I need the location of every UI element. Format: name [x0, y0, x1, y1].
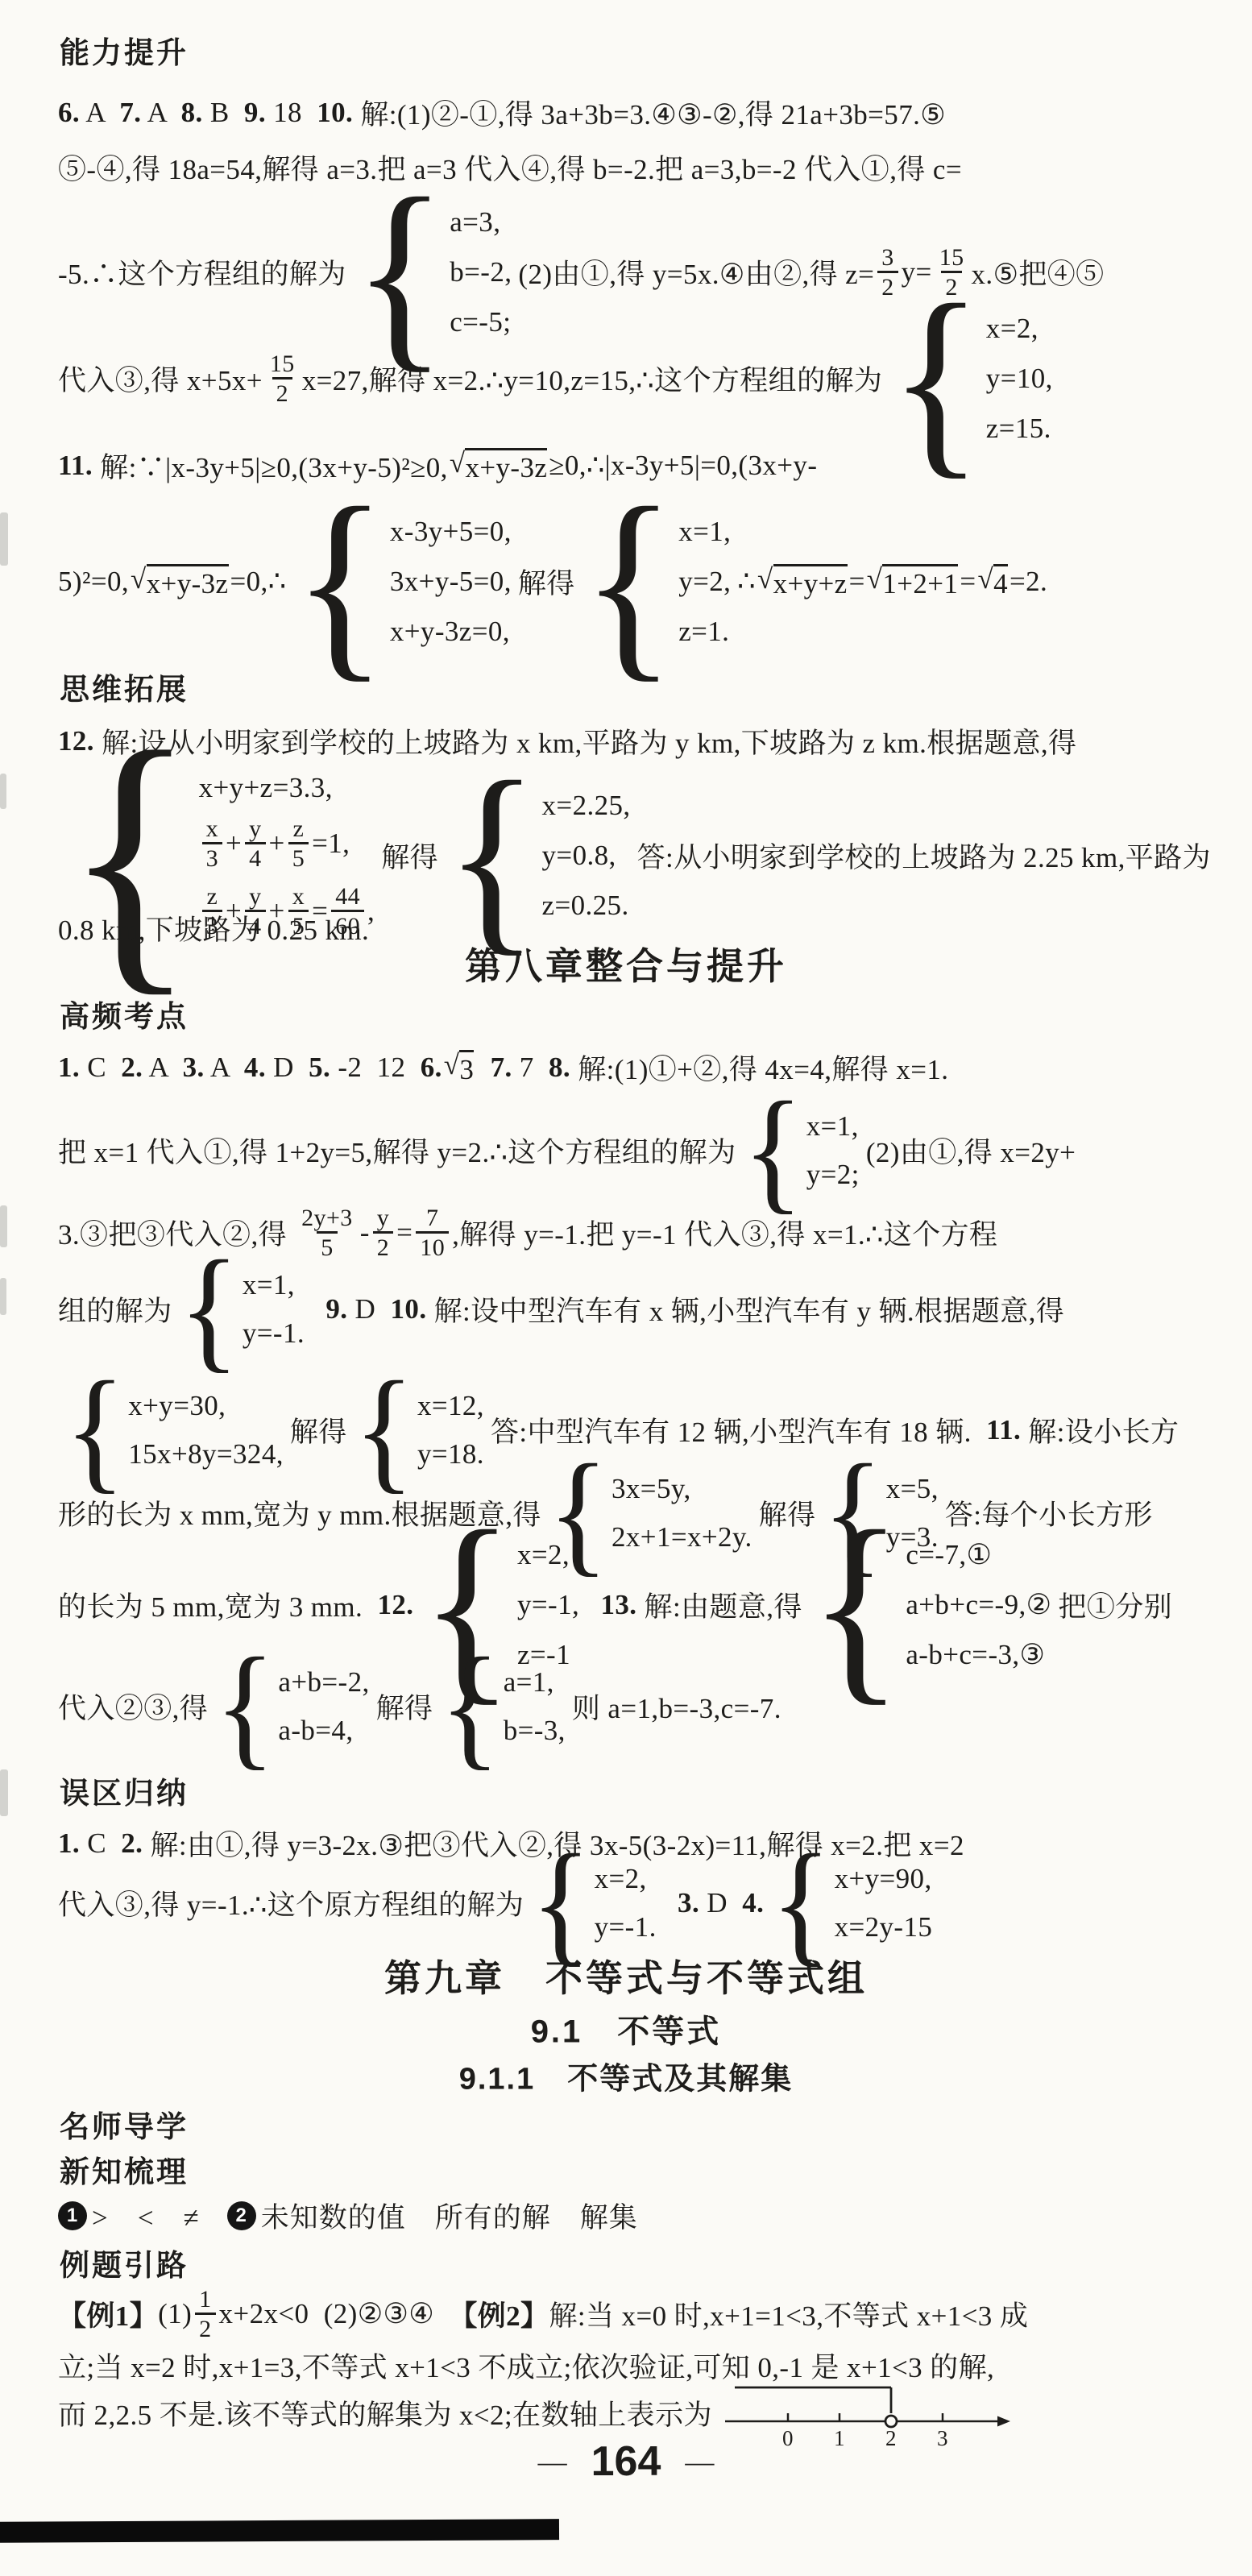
sqrt-radicand: 4: [993, 564, 1008, 600]
equation-system: { x=1, y=2;: [742, 1087, 859, 1214]
section-heading-new-knowledge: 新知梳理: [60, 2147, 189, 2191]
equation-system: { x=1, y=2, z=1.: [582, 483, 732, 680]
equation-system: { a=1, b=-3,: [439, 1643, 565, 1770]
system-row: a=3,: [450, 197, 500, 247]
equation-system: { x=2, y=-1.: [530, 1840, 656, 1967]
radical-sign: √: [757, 565, 773, 593]
equation-system: { x=2.25, y=0.8, z=0.25.: [445, 757, 631, 954]
problem-number: 4.: [244, 1052, 266, 1084]
system-row: x=1,: [806, 1102, 859, 1151]
equation-system: { x+y=90, x=2y-15: [770, 1840, 932, 1967]
problem-number: 11.: [986, 1414, 1021, 1446]
solution-line: 组的解为 { x=1, y=-1. 9. D 10. 解:设中型汽车有 x 辆,…: [58, 1246, 1064, 1373]
text-segment: B: [203, 97, 244, 129]
text-segment: -2 12: [330, 1052, 421, 1084]
fraction: 12: [195, 2286, 215, 2342]
problem-number: 6.: [58, 97, 80, 129]
problem-number: 6.: [421, 1052, 442, 1084]
problem-number: 9.: [325, 1293, 347, 1325]
radical-sign: √: [444, 1051, 460, 1079]
denominator: 5: [288, 842, 309, 872]
denominator: 2: [272, 377, 292, 407]
text-segment: 解得: [376, 1686, 433, 1727]
text-segment: 7: [512, 1052, 549, 1084]
brace: {: [809, 1499, 904, 1711]
sqrt: √x+y-3z: [131, 564, 228, 600]
numerator: 1: [195, 2286, 215, 2313]
system-row: a-b=4,: [278, 1707, 353, 1755]
system-row: y=2;: [806, 1151, 860, 1199]
solution-line: 把 x=1 代入①,得 1+2y=5,解得 y=2.∴这个方程组的解为 { x=…: [58, 1087, 1076, 1214]
problem-number: 4.: [742, 1887, 764, 1919]
text-segment: 而 2,2.5 不是.该不等式的解集为 x<2;在数轴上表示为: [58, 2393, 712, 2433]
system-row: b=-3,: [504, 1707, 566, 1755]
text-segment: 答:从小明家到学校的上坡路为 2.25 km,平路为: [637, 836, 1211, 876]
section-heading-teacher-guide: 名师导学: [60, 2102, 189, 2146]
text-segment: 解:设中型汽车有 x 辆,小型汽车有 y 辆.根据题意,得: [426, 1289, 1064, 1329]
text-segment: 组的解为: [58, 1289, 172, 1329]
system-row: x+y=30,: [128, 1382, 226, 1430]
section-heading-hotspots: 高频考点: [60, 992, 189, 1035]
solution-line: 代入③,得 y=-1.∴这个原方程组的解为 { x=2, y=-1. 3. D …: [58, 1840, 939, 1967]
problem-number: 5.: [309, 1052, 330, 1084]
system-row: y=-1.: [243, 1309, 305, 1358]
text-segment: A: [141, 97, 180, 129]
system-row: y=2,: [678, 557, 731, 607]
problem-number: 13.: [600, 1589, 636, 1621]
problem-number: 3.: [678, 1887, 699, 1919]
text-segment: 把①分别: [1058, 1585, 1172, 1625]
equation-system: { x=2, y=10, z=15.: [889, 280, 1053, 477]
text-segment: 解:(1)②-①,得 3a+3b=3.④③-②,得 21a+3b=57.⑤: [353, 93, 946, 133]
sqrt-radicand: x+y+z: [773, 564, 848, 600]
text-segment: x+2x<0 (2)②③④: [219, 2298, 450, 2330]
text-segment: (2)由①,得 x=2y+: [866, 1130, 1076, 1171]
equation-system: { x=1, y=-1.: [179, 1246, 305, 1373]
text-segment: > < ≠: [92, 2196, 200, 2236]
problem-number: 11.: [58, 450, 93, 482]
problem-number: 9.: [244, 97, 266, 129]
numerator: 2y+3: [297, 1205, 357, 1231]
filled-circle-2-icon: 2: [227, 2201, 256, 2230]
bleed-mark: [0, 1205, 7, 1247]
system-row: x=2,: [595, 1855, 647, 1903]
solution-line: 11. 解:∵|x-3y+5|≥0,(3x+y-5)²≥0, √x+y-3z ≥…: [58, 446, 817, 486]
answers-line: 6. A 7. A 8. B 9. 18 10. 解:(1)②-①,得 3a+3…: [58, 93, 946, 133]
system-row: x+y+z=3.3,: [199, 772, 333, 804]
text-segment: =: [396, 1217, 412, 1249]
problem-number: 1.: [58, 1052, 80, 1084]
system-row: 3x=5y,: [611, 1465, 691, 1513]
solution-line: 代入②③,得 { a+b=-2, a-b=4, 解得 { a=1, b=-3, …: [58, 1643, 781, 1770]
section-9-1-1-title: 9.1.1 不等式及其解集: [0, 2054, 1252, 2098]
problem-number: 2.: [121, 1052, 143, 1084]
example-label: 【例1】: [58, 2294, 158, 2334]
system-row: x=1,: [243, 1261, 295, 1309]
text-segment: 的长为 5 mm,宽为 3 mm.: [58, 1585, 378, 1625]
section-9-1-title: 9.1 不等式: [0, 2006, 1252, 2052]
brace: {: [292, 475, 388, 688]
brace: {: [445, 749, 540, 962]
system-row: y=10,: [986, 354, 1053, 404]
radical-sign: √: [977, 565, 993, 593]
text-segment: ∴: [737, 566, 756, 598]
footer-dash: —: [538, 2445, 567, 2479]
system-row: a+b=-2,: [278, 1658, 369, 1707]
text-segment: 解:∵|x-3y+5|≥0,(3x+y-5)²≥0,: [93, 446, 448, 486]
text-segment: C: [80, 1052, 121, 1084]
brace: {: [439, 1638, 500, 1776]
scan-artifact-bar: [0, 2519, 559, 2543]
system-row: x+y=90,: [835, 1855, 932, 1903]
problem-number: 3.: [183, 1052, 205, 1084]
system-row: x=12,: [417, 1382, 484, 1430]
text-segment: A: [143, 1052, 182, 1084]
brace: {: [742, 1082, 803, 1220]
radical-sign: √: [450, 449, 466, 477]
axis-arrow-icon: [997, 2416, 1010, 2427]
text-segment: 5)²=0,: [58, 566, 129, 598]
text-segment: [586, 1589, 600, 1621]
fraction: x3: [202, 815, 222, 872]
filled-circle-1-icon: 1: [58, 2201, 87, 2230]
system-row: z=0.25.: [542, 881, 629, 931]
page-number: 164: [591, 2437, 661, 2486]
open-circle-marker: [885, 2416, 897, 2427]
answers-line: 1. C 2. A 3. A 4. D 5. -2 12 6. √3 7. 7 …: [58, 1047, 948, 1088]
sqrt-radicand: x+y-3z: [147, 564, 229, 600]
text-segment: 解:由题意,得: [636, 1585, 802, 1625]
sqrt: √1+2+1: [867, 564, 959, 600]
text-segment: -: [360, 1217, 370, 1249]
text-segment: 解:当 x=0 时,x+1=1<3,不等式 x+1<3 成: [549, 2294, 1028, 2334]
radical-sign: √: [867, 565, 883, 593]
text-segment: =2.: [1009, 566, 1047, 598]
chapter9-title: 第九章 不等式与不等式组: [0, 1949, 1252, 2002]
text-segment: =0,∴: [230, 566, 287, 598]
text-segment: =1,: [312, 828, 350, 860]
system-row: z=15.: [986, 404, 1051, 454]
denominator: 3: [202, 842, 222, 872]
text-segment: D: [266, 1052, 309, 1084]
text-segment: =: [849, 566, 865, 598]
text-segment: (1): [158, 2298, 192, 2330]
knowledge-answers-line: 1 > < ≠ 2 未知数的值 所有的解 解集: [58, 2196, 638, 2236]
text-segment: 解得: [518, 562, 575, 602]
system-row: a=1,: [504, 1658, 554, 1707]
text-segment: 未知数的值 所有的解 解集: [261, 2196, 638, 2236]
system-row: y=-1,: [517, 1580, 579, 1630]
text-segment: 把 x=1 代入①,得 1+2y=5,解得 y=2.∴这个方程组的解为: [58, 1130, 736, 1171]
text-segment: 代入②③,得: [58, 1686, 208, 1727]
numerator: z: [289, 815, 309, 842]
numerator: y: [245, 815, 265, 842]
bleed-mark: [0, 774, 6, 809]
denominator: 2: [195, 2313, 215, 2342]
equation-system: { a+b=-2, a-b=4,: [214, 1643, 369, 1770]
numerator: z: [202, 883, 222, 910]
numerator: 15: [266, 351, 299, 377]
system-row: y=0.8,: [542, 831, 616, 881]
brace: {: [582, 475, 677, 688]
text-segment: A: [205, 1052, 244, 1084]
sqrt-radicand: 1+2+1: [882, 564, 958, 600]
problem-number: 10.: [391, 1293, 427, 1325]
brace: {: [179, 1241, 240, 1379]
section-heading-examples: 例题引路: [60, 2241, 189, 2284]
numerator: y: [373, 1205, 393, 1231]
section-heading-ability: 能力提升: [60, 28, 189, 72]
problem-number: 7.: [119, 97, 141, 129]
example-line: 【例1】 (1) 12 x+2x<0 (2)②③④ 【例2】 解:当 x=0 时…: [58, 2286, 1028, 2342]
sqrt: √3: [444, 1050, 475, 1086]
brace: {: [889, 272, 984, 485]
radical-sign: √: [131, 565, 147, 593]
problem-number: 8.: [549, 1052, 570, 1084]
page-footer: — 164 —: [0, 2437, 1252, 2486]
text-segment: 18: [266, 97, 317, 129]
system-row: x+y-3z=0,: [390, 607, 510, 657]
fraction: z5: [288, 815, 309, 872]
system-row: y=-1.: [595, 1903, 657, 1952]
system-row: x=1,: [678, 507, 731, 557]
equation-system: { x-3y+5=0, 3x+y-5=0, x+y-3z=0,: [292, 483, 512, 680]
problem-number: 10.: [317, 97, 353, 129]
text-segment: 解得: [290, 1410, 347, 1450]
numerator: x: [288, 883, 309, 910]
system-row: x=2,: [986, 304, 1038, 354]
system-row: x=2,: [517, 1530, 570, 1580]
text-segment: 代入③,得 x+5x+: [58, 359, 263, 399]
sqrt-radicand: 3: [459, 1050, 474, 1086]
text-segment: [475, 1052, 490, 1084]
text-segment: +: [226, 828, 242, 860]
text-segment: x=27,解得 x=2.∴y=10,z=15,∴这个方程组的解为: [302, 359, 883, 399]
system-row: a-b+c=-3,③: [906, 1630, 1045, 1680]
equation-system: { c=-7,① a+b+c=-9,② a-b+c=-3,③: [809, 1507, 1052, 1703]
sqrt: √x+y+z: [757, 564, 848, 600]
text-segment: A: [80, 97, 119, 129]
text-segment: [311, 1293, 325, 1325]
footer-dash: —: [685, 2445, 714, 2479]
text-segment: +: [269, 828, 285, 860]
example-label: 【例2】: [449, 2294, 549, 2334]
system-row: x-3y+5=0,: [390, 507, 512, 557]
system-row: z=1.: [678, 607, 729, 657]
bleed-mark: [0, 1769, 8, 1816]
system-row: x=2y-15: [835, 1903, 933, 1952]
text-segment: 代入③,得 y=-1.∴这个原方程组的解为: [58, 1883, 524, 1923]
text-segment: [663, 1887, 678, 1919]
solution-line: 5)²=0, √x+y-3z =0,∴ { x-3y+5=0, 3x+y-5=0…: [58, 483, 1047, 680]
text-segment: 解得: [381, 836, 438, 876]
text-segment: =: [960, 566, 976, 598]
sqrt-radicand: x+y-3z: [465, 448, 547, 484]
brace: {: [214, 1638, 276, 1776]
system-row: a+b+c=-9,②: [906, 1580, 1051, 1630]
system-row: c=-7,①: [906, 1530, 992, 1580]
sqrt: √4: [977, 564, 1008, 600]
fraction: y4: [245, 815, 265, 872]
section-heading-misconceptions: 误区归纳: [60, 1769, 189, 1812]
bleed-mark: [0, 512, 8, 566]
sqrt: √x+y-3z: [450, 448, 547, 484]
numerator: y: [245, 883, 265, 910]
system-row: x=2.25,: [542, 781, 631, 831]
problem-number: 12.: [378, 1589, 414, 1621]
numerator: 44: [331, 883, 364, 910]
system-row: 3x+y-5=0,: [390, 557, 512, 607]
numerator: x: [202, 815, 222, 842]
text-segment: 则 a=1,b=-3,c=-7.: [572, 1686, 781, 1727]
text-segment: D: [699, 1887, 742, 1919]
problem-number: 8.: [181, 97, 203, 129]
denominator: 4: [245, 842, 265, 872]
system-row: x3 + y4 + z5 =1,: [199, 815, 350, 872]
text-segment: 解:设小长方: [1021, 1410, 1179, 1450]
chapter8-title: 第八章整合与提升: [0, 937, 1252, 990]
numerator: 7: [422, 1205, 442, 1231]
problem-number: 7.: [491, 1052, 512, 1084]
bleed-mark: [0, 1278, 6, 1315]
fraction: 152: [266, 351, 299, 407]
text-segment: D: [347, 1293, 390, 1325]
scanned-answer-page: 能力提升 6. A 7. A 8. B 9. 18 10. 解:(1)②-①,得…: [0, 0, 1252, 2576]
